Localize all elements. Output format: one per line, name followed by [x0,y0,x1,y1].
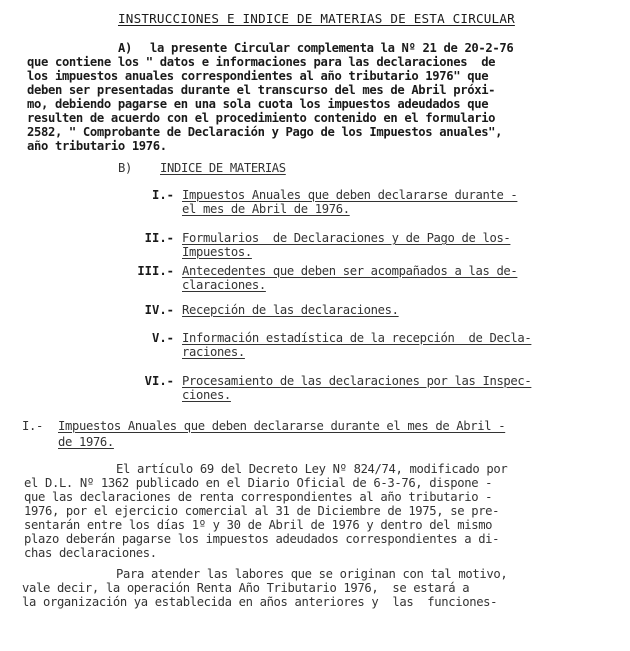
section-i-number: I.- [22,419,43,433]
section-a-line: que contiene los " datos e informaciones… [27,55,495,69]
index-heading: INDICE DE MATERIAS [160,161,286,175]
index-item-text: Información estadística de la recepción … [182,331,531,345]
index-item-text: ciones. [182,388,231,402]
index-item-text: claraciones. [182,278,266,292]
index-item-number: V.- [152,331,174,345]
section-a-line: resulten de acuerdo con el procedimiento… [27,111,495,125]
paragraph-line: El artículo 69 del Decreto Ley Nº 824/74… [116,462,507,476]
index-item-number: III.- [137,264,174,278]
section-a-line: los impuestos anuales correspondientes a… [27,69,488,83]
index-item-text: Antecedentes que deben ser acompañados a… [182,264,517,278]
paragraph-line: que las declaraciones de renta correspon… [24,490,492,504]
index-item-text: raciones. [182,345,245,359]
section-a-line: mo, debiendo pagarse en una sola cuota l… [27,97,488,111]
section-a-line: 2582, " Comprobante de Declaración y Pag… [27,125,502,139]
index-item-text: Impuestos. [182,245,252,259]
index-item-number: IV.- [145,303,174,317]
section-i-heading: de 1976. [58,435,114,449]
index-item-number: VI.- [145,374,174,388]
section-a-line: la presente Circular complementa la Nº 2… [150,41,513,55]
section-a-line: deben ser presentadas durante el transcu… [27,83,495,97]
index-item-number: I.- [152,188,174,202]
paragraph-line: sentarán entre los días 1º y 30 de Abril… [24,518,492,532]
document-title: INSTRUCCIONES E INDICE DE MATERIAS DE ES… [118,12,515,26]
index-item-text: Impuestos Anuales que deben declararse d… [182,188,517,202]
paragraph-line: Para atender las labores que se originan… [116,567,507,581]
index-item-text: Formularios de Declaraciones y de Pago d… [182,231,510,245]
section-a-line: año tributario 1976. [27,139,167,153]
paragraph-line: plazo deberán pagarse los impuestos adeu… [24,532,499,546]
index-item-text: Procesamiento de las declaraciones por l… [182,374,531,388]
section-b-label: B) [118,161,132,175]
section-a-label: A) [118,41,132,55]
section-i-heading: Impuestos Anuales que deben declararse d… [58,419,505,433]
index-item-number: II.- [145,231,174,245]
index-item-text: Recepción de las declaraciones. [182,303,399,317]
document-page: INSTRUCCIONES E INDICE DE MATERIAS DE ES… [0,0,630,651]
paragraph-line: la organización ya establecida en años a… [22,595,497,609]
paragraph-line: el D.L. Nº 1362 publicado en el Diario O… [24,476,492,490]
paragraph-line: 1976, por el ejercicio comercial al 31 d… [24,504,499,518]
index-item-text: el mes de Abril de 1976. [182,202,350,216]
paragraph-line: vale decir, la operación Renta Año Tribu… [22,581,469,595]
paragraph-line: chas declaraciones. [24,546,157,560]
